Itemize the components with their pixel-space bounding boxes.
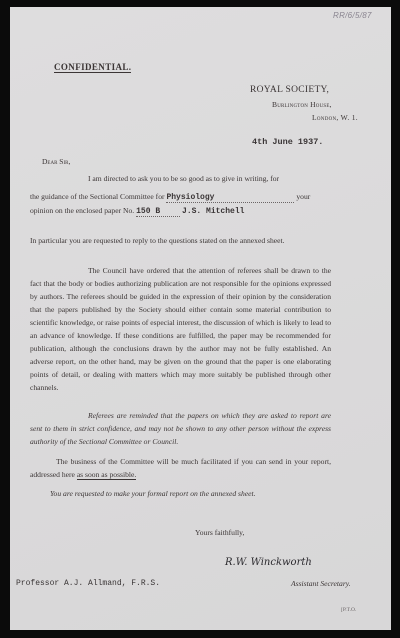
letterhead-org: ROYAL SOCIETY, xyxy=(250,85,329,95)
paragraph-formal-report: You are requested to make your formal re… xyxy=(50,489,256,498)
letterhead-address-1: Burlington House, xyxy=(272,100,332,109)
paper-number-value: 150 B xyxy=(136,207,160,216)
please-turn-over: [P.T.O. xyxy=(341,607,356,613)
letterhead-address-2: London, W. 1. xyxy=(312,113,358,122)
request-line-1: I am directed to ask you to be so good a… xyxy=(88,174,279,183)
letter-page: RR/6/5/87 CONFIDENTIAL. ROYAL SOCIETY, B… xyxy=(10,7,391,630)
salutation: Dear Sir, xyxy=(42,157,70,166)
closing: Yours faithfully, xyxy=(195,528,244,537)
business-text: The business of the Committee will be mu… xyxy=(30,457,331,479)
business-emphasis: as soon as possible. xyxy=(77,470,136,480)
archive-reference: RR/6/5/87 xyxy=(333,11,372,20)
paper-author: J.S. Mitchell xyxy=(182,207,244,216)
signatory-title: Assistant Secretary. xyxy=(291,579,351,588)
addressee: Professor A.J. Allmand, F.R.S. xyxy=(16,579,160,588)
paragraph-referees: Referees are reminded that the papers on… xyxy=(30,409,331,448)
paragraph-council: The Council have ordered that the attent… xyxy=(30,264,331,394)
paragraph-particular: In particular you are requested to reply… xyxy=(30,234,331,247)
committee-field: Physiology xyxy=(166,192,294,203)
request-line-3-text: opinion on the enclosed paper xyxy=(30,206,121,215)
request-line-3: opinion on the enclosed paper No. 150 B … xyxy=(30,206,244,217)
letter-date: 4th June 1937. xyxy=(252,137,323,147)
committee-value: Physiology xyxy=(166,193,214,202)
request-line-2-end: your xyxy=(296,192,310,201)
paragraph-business: The business of the Committee will be mu… xyxy=(30,455,331,481)
paper-number-field: 150 B xyxy=(136,206,180,217)
request-line-2: the guidance of the Sectional Committee … xyxy=(30,192,310,203)
confidential-heading: CONFIDENTIAL. xyxy=(54,62,131,73)
request-line-2-text: the guidance of the Sectional Committee … xyxy=(30,192,165,201)
signature: R.W. Winckworth xyxy=(225,557,312,568)
paper-no-label: No. xyxy=(123,206,134,215)
